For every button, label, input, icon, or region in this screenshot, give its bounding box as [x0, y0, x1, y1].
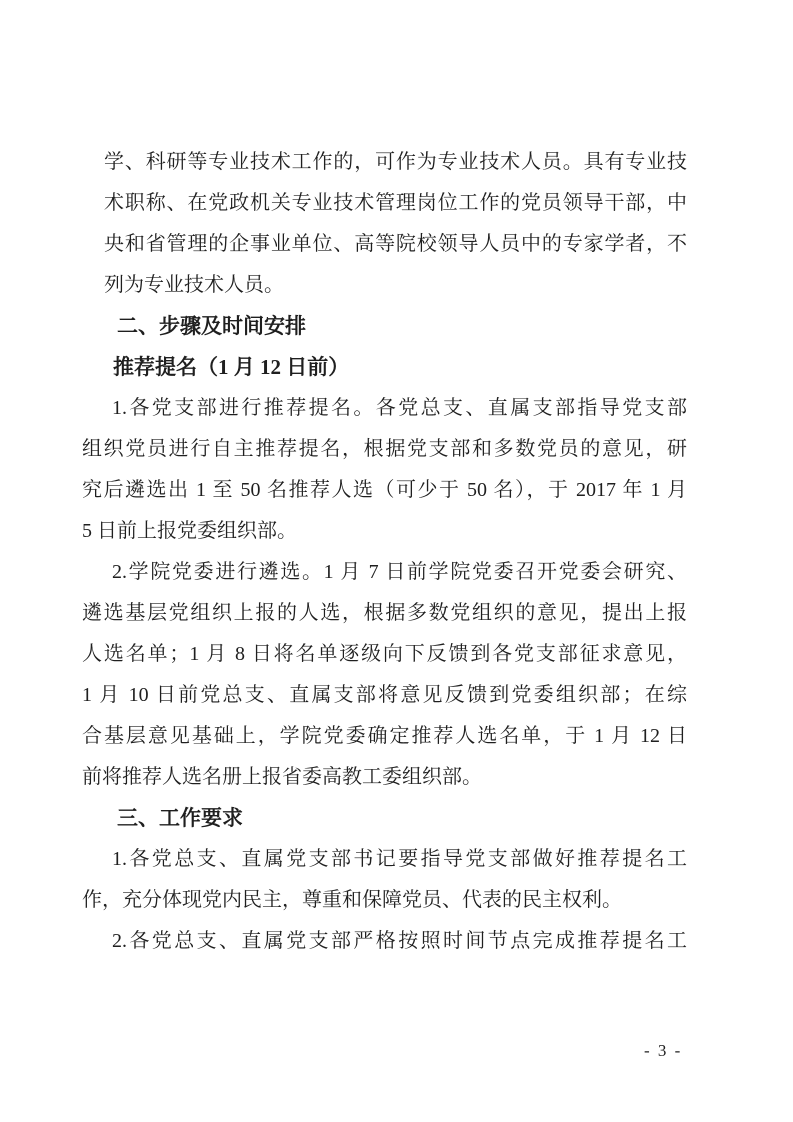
body-text-line: 央和省管理的企事业单位、高等院校领导人员中的专家学者，不 — [82, 224, 687, 265]
heading-line: 三、工作要求 — [82, 798, 687, 839]
body-text-line: 前将推荐人选名册上报省委高教工委组织部。 — [82, 757, 687, 798]
document-page: 学、科研等专业技术工作的，可作为专业技术人员。具有专业技术职称、在党政机关专业技… — [0, 0, 793, 1122]
body-text-line: 组织党员进行自主推荐提名，根据党支部和多数党员的意见，研 — [82, 429, 687, 470]
body-text-line: 1.各党支部进行推荐提名。各党总支、直属支部指导党支部 — [82, 388, 687, 429]
body-text-line: 1.各党总支、直属党支部书记要指导党支部做好推荐提名工 — [82, 839, 687, 880]
body-text-line: 究后遴选出 1 至 50 名推荐人选（可少于 50 名），于 2017 年 1 … — [82, 470, 687, 511]
page-number: - 3 - — [644, 1040, 682, 1062]
body-text-line: 2.学院党委进行遴选。1 月 7 日前学院党委召开党委会研究、 — [82, 552, 687, 593]
body-text-line: 人选名单；1 月 8 日将名单逐级向下反馈到各党支部征求意见， — [82, 634, 687, 675]
document-body: 学、科研等专业技术工作的，可作为专业技术人员。具有专业技术职称、在党政机关专业技… — [82, 142, 687, 962]
body-text-line: 合基层意见基础上，学院党委确定推荐人选名单，于 1 月 12 日 — [82, 716, 687, 757]
body-text-line: 2.各党总支、直属党支部严格按照时间节点完成推荐提名工 — [82, 921, 687, 962]
heading-line: 推荐提名（1 月 12 日前） — [82, 347, 687, 388]
body-text-line: 1 月 10 日前党总支、直属支部将意见反馈到党委组织部；在综 — [82, 675, 687, 716]
body-text-line: 列为专业技术人员。 — [82, 265, 687, 306]
body-text-line: 遴选基层党组织上报的人选，根据多数党组织的意见，提出上报 — [82, 593, 687, 634]
heading-line: 二、步骤及时间安排 — [82, 306, 687, 347]
body-text-line: 5 日前上报党委组织部。 — [82, 511, 687, 552]
body-text-line: 学、科研等专业技术工作的，可作为专业技术人员。具有专业技 — [82, 142, 687, 183]
body-text-line: 作，充分体现党内民主，尊重和保障党员、代表的民主权利。 — [82, 880, 687, 921]
body-text-line: 术职称、在党政机关专业技术管理岗位工作的党员领导干部，中 — [82, 183, 687, 224]
